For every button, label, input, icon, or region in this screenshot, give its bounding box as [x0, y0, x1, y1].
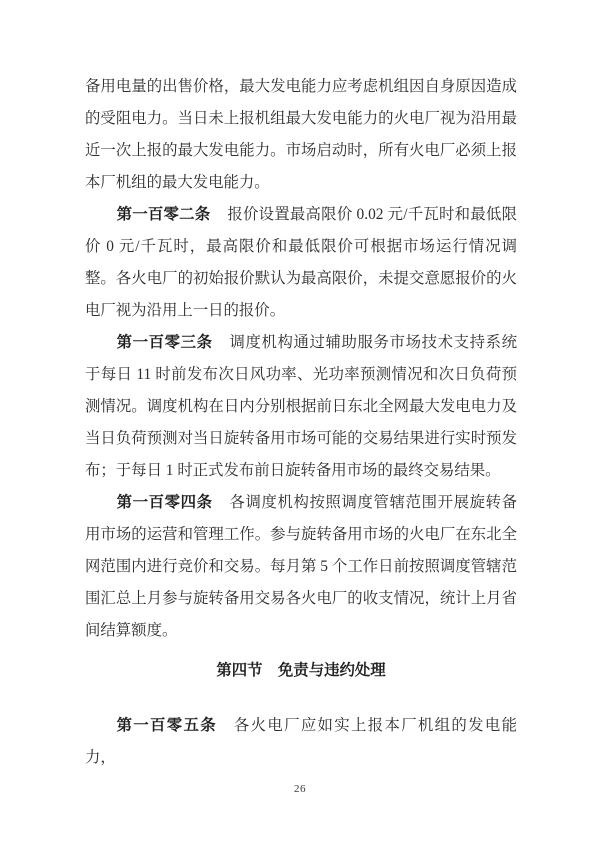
- paragraph-article-105: 第一百零五条各火电厂应如实上报本厂机组的发电能力，: [85, 710, 517, 774]
- paragraph: 备用电量的出售价格，最大发电能力应考虑机组因自身原因造成的受阻电力。当日未上报机…: [85, 71, 517, 199]
- paragraph-text: 备用电量的出售价格，最大发电能力应考虑机组因自身原因造成的受阻电力。当日未上报机…: [85, 78, 517, 191]
- paragraph-article-104: 第一百零四条各调度机构按照调度管辖范围开展旋转备用市场的运营和管理工作。参与旋转…: [85, 487, 517, 647]
- article-number: 第一百零二条: [117, 206, 211, 223]
- paragraph-article-103: 第一百零三条调度机构通过辅助服务市场技术支持系统于每日 11 时前发布次日风功率…: [85, 327, 517, 487]
- article-number: 第一百零四条: [117, 494, 213, 511]
- paragraph-article-102: 第一百零二条报价设置最高限价 0.02 元/千瓦时和最低限价 0 元/千瓦时，最…: [85, 199, 517, 327]
- article-number: 第一百零五条: [117, 717, 217, 734]
- article-number: 第一百零三条: [117, 334, 213, 351]
- section-heading: 第四节 免责与违约处理: [85, 655, 517, 687]
- page-number: 26: [0, 782, 600, 796]
- document-page: 备用电量的出售价格，最大发电能力应考虑机组因自身原因造成的受阻电力。当日未上报机…: [0, 0, 600, 848]
- paragraph-text: 调度机构通过辅助服务市场技术支持系统于每日 11 时前发布次日风功率、光功率预测…: [85, 334, 517, 479]
- page-content: 备用电量的出售价格，最大发电能力应考虑机组因自身原因造成的受阻电力。当日未上报机…: [85, 71, 517, 774]
- paragraph-text: 各调度机构按照调度管辖范围开展旋转备用市场的运营和管理工作。参与旋转备用市场的火…: [85, 494, 517, 639]
